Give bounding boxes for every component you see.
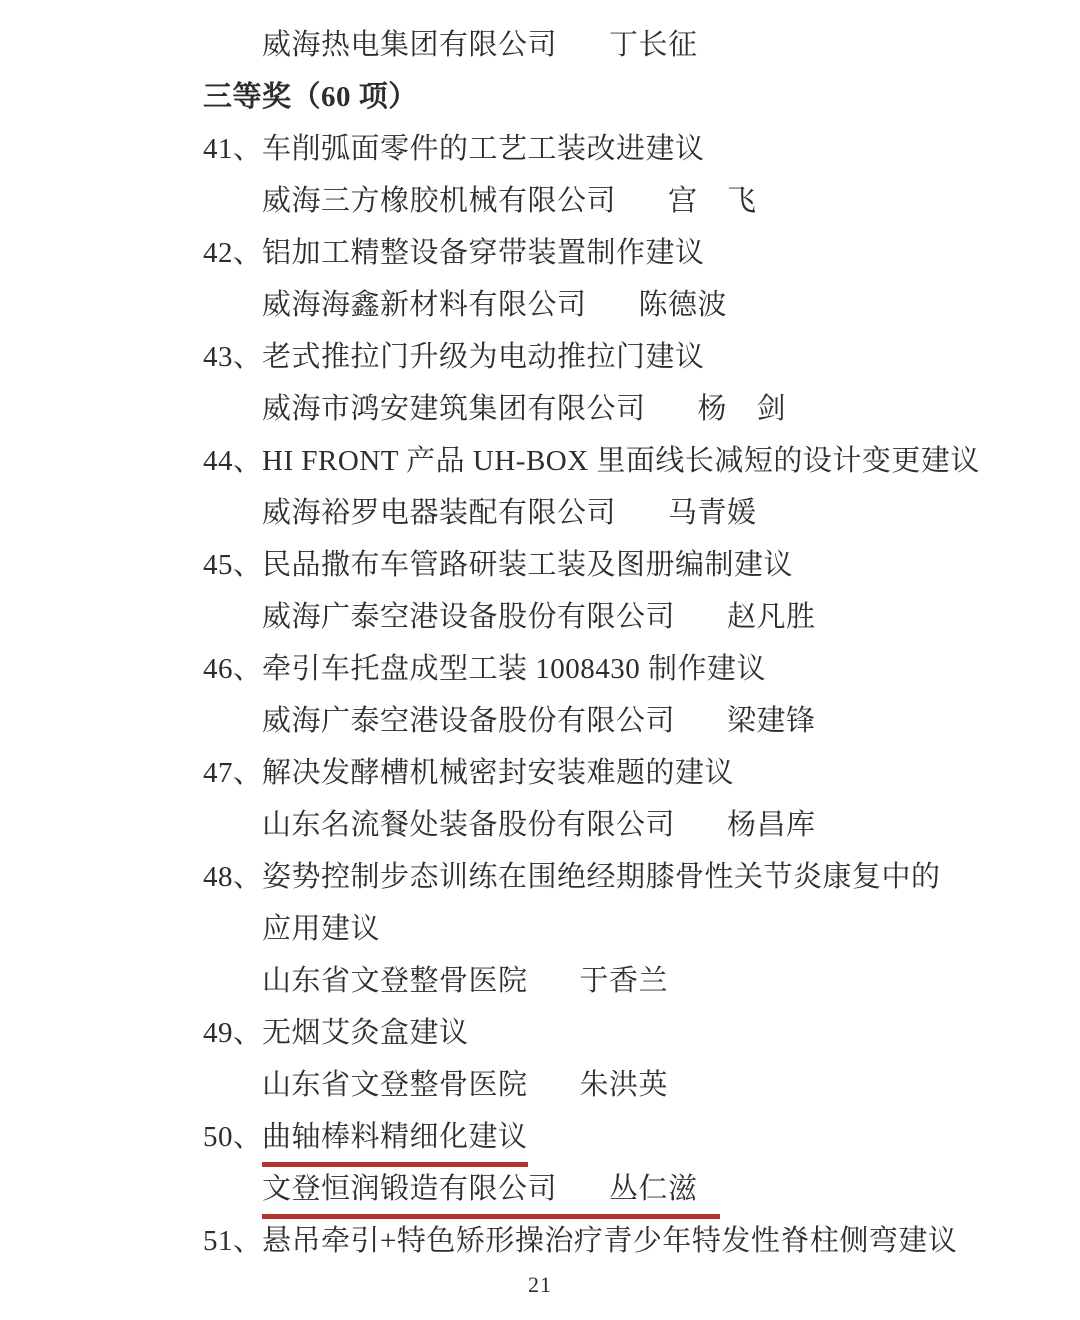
person-name: 朱洪英 [580,1069,669,1101]
award-entry: 49、无烟艾灸盒建议 山东省文登整骨医院朱洪英 [203,1007,940,1111]
entry-title-continuation: 应用建议 [203,903,940,955]
entry-title: 民品撒布车管路研装工装及图册编制建议 [262,549,793,581]
person-name: 杨 剑 [698,393,787,425]
entry-title: 老式推拉门升级为电动推拉门建议 [262,341,705,373]
entry-title: 姿势控制步态训练在围绝经期膝骨性关节炎康复中的 [262,861,941,893]
entry-number: 46、 [203,643,262,695]
entry-title-line: 45、民品撒布车管路研装工装及图册编制建议 [203,539,940,591]
award-entry: 46、牵引车托盘成型工装 1008430 制作建议 威海广泰空港设备股份有限公司… [203,643,940,747]
award-entry: 44、HI FRONT 产品 UH-BOX 里面线长减短的设计变更建议 威海裕罗… [203,435,940,539]
entry-company-line: 威海广泰空港设备股份有限公司赵凡胜 [203,591,940,643]
entry-number: 41、 [203,123,262,175]
company-name: 威海市鸿安建筑集团有限公司 [262,393,646,425]
company-name: 威海裕罗电器装配有限公司 [262,497,616,529]
entry-title-line: 44、HI FRONT 产品 UH-BOX 里面线长减短的设计变更建议 [203,435,940,487]
entry-number: 43、 [203,331,262,383]
entry-number: 45、 [203,539,262,591]
entry-title: 悬吊牵引+特色矫形操治疗青少年特发性脊柱侧弯建议 [262,1225,957,1257]
entry-company-line: 山东省文登整骨医院于香兰 [203,955,940,1007]
entry-title-line: 42、铝加工精整设备穿带装置制作建议 [203,227,940,279]
entry-title-line: 46、牵引车托盘成型工装 1008430 制作建议 [203,643,940,695]
entry-title-line: 47、解决发酵槽机械密封安装难题的建议 [203,747,940,799]
award-entry: 50、曲轴棒料精细化建议 文登恒润锻造有限公司丛仁滋 [203,1111,940,1215]
person-name: 丁长征 [609,29,698,61]
entry-company-line: 威海裕罗电器装配有限公司马青媛 [203,487,940,539]
entry-company-line: 威海三方橡胶机械有限公司宫 飞 [203,175,940,227]
entry-title: 无烟艾灸盒建议 [262,1017,469,1049]
person-name: 马青媛 [668,497,757,529]
entry-number: 42、 [203,227,262,279]
company-name: 山东省文登整骨医院 [262,1069,528,1101]
award-entry: 51、悬吊牵引+特色矫形操治疗青少年特发性脊柱侧弯建议 [203,1215,940,1267]
entry-company-line: 威海海鑫新材料有限公司陈德波 [203,279,940,331]
person-name: 丛仁滋 [609,1173,698,1205]
company-name: 文登恒润锻造有限公司 [262,1173,557,1205]
entry-company-line: 文登恒润锻造有限公司丛仁滋 [203,1163,940,1215]
entry-title-line: 49、无烟艾灸盒建议 [203,1007,940,1059]
award-entry: 45、民品撒布车管路研装工装及图册编制建议 威海广泰空港设备股份有限公司赵凡胜 [203,539,940,643]
page-content: 威海热电集团有限公司丁长征 三等奖（60 项） 41、车削弧面零件的工艺工装改进… [0,0,1080,1267]
award-entry: 47、解决发酵槽机械密封安装难题的建议 山东名流餐处装备股份有限公司杨昌库 [203,747,940,851]
entry-number: 51、 [203,1215,262,1267]
award-entry: 43、老式推拉门升级为电动推拉门建议 威海市鸿安建筑集团有限公司杨 剑 [203,331,940,435]
person-name: 于香兰 [580,965,669,997]
carryover-company-line: 威海热电集团有限公司丁长征 [203,19,940,71]
company-name: 山东省文登整骨医院 [262,965,528,997]
entry-number: 49、 [203,1007,262,1059]
award-entry: 41、车削弧面零件的工艺工装改进建议 威海三方橡胶机械有限公司宫 飞 [203,123,940,227]
entry-title: 牵引车托盘成型工装 1008430 制作建议 [262,653,766,685]
person-name: 杨昌库 [727,809,816,841]
company-name: 山东名流餐处装备股份有限公司 [262,809,675,841]
page-number: 21 [0,1272,1080,1298]
entry-title-line: 50、曲轴棒料精细化建议 [203,1111,940,1163]
person-name: 陈德波 [639,289,728,321]
entry-title: HI FRONT 产品 UH-BOX 里面线长减短的设计变更建议 [262,445,980,477]
award-entry: 42、铝加工精整设备穿带装置制作建议 威海海鑫新材料有限公司陈德波 [203,227,940,331]
red-underline: 文登恒润锻造有限公司丛仁滋 [262,1166,720,1219]
entry-company-line: 山东省文登整骨医院朱洪英 [203,1059,940,1111]
entry-title: 铝加工精整设备穿带装置制作建议 [262,237,705,269]
entry-title-line: 41、车削弧面零件的工艺工装改进建议 [203,123,940,175]
entry-title-line: 48、姿势控制步态训练在围绝经期膝骨性关节炎康复中的 [203,851,940,903]
entry-title: 曲轴棒料精细化建议 [262,1114,528,1167]
entry-company-line: 山东名流餐处装备股份有限公司杨昌库 [203,799,940,851]
award-entry: 48、姿势控制步态训练在围绝经期膝骨性关节炎康复中的 应用建议山东省文登整骨医院… [203,851,940,1007]
entry-title: 车削弧面零件的工艺工装改进建议 [262,133,705,165]
entry-number: 48、 [203,851,262,903]
entry-title-line: 51、悬吊牵引+特色矫形操治疗青少年特发性脊柱侧弯建议 [203,1215,940,1267]
award-entry-list: 41、车削弧面零件的工艺工装改进建议 威海三方橡胶机械有限公司宫 飞 42、铝加… [203,123,940,1267]
entry-number: 47、 [203,747,262,799]
entry-company-line: 威海市鸿安建筑集团有限公司杨 剑 [203,383,940,435]
entry-number: 50、 [203,1111,262,1163]
company-name: 威海三方橡胶机械有限公司 [262,185,616,217]
company-name: 威海海鑫新材料有限公司 [262,289,587,321]
entry-number: 44、 [203,435,262,487]
entry-title-line: 43、老式推拉门升级为电动推拉门建议 [203,331,940,383]
person-name: 宫 飞 [668,185,757,217]
company-name: 威海热电集团有限公司 [262,29,557,61]
company-name: 威海广泰空港设备股份有限公司 [262,601,675,633]
company-name: 威海广泰空港设备股份有限公司 [262,705,675,737]
person-name: 梁建锋 [727,705,816,737]
section-title: 三等奖（60 项） [203,71,940,123]
person-name: 赵凡胜 [727,601,816,633]
entry-title: 解决发酵槽机械密封安装难题的建议 [262,757,734,789]
entry-company-line: 威海广泰空港设备股份有限公司梁建锋 [203,695,940,747]
